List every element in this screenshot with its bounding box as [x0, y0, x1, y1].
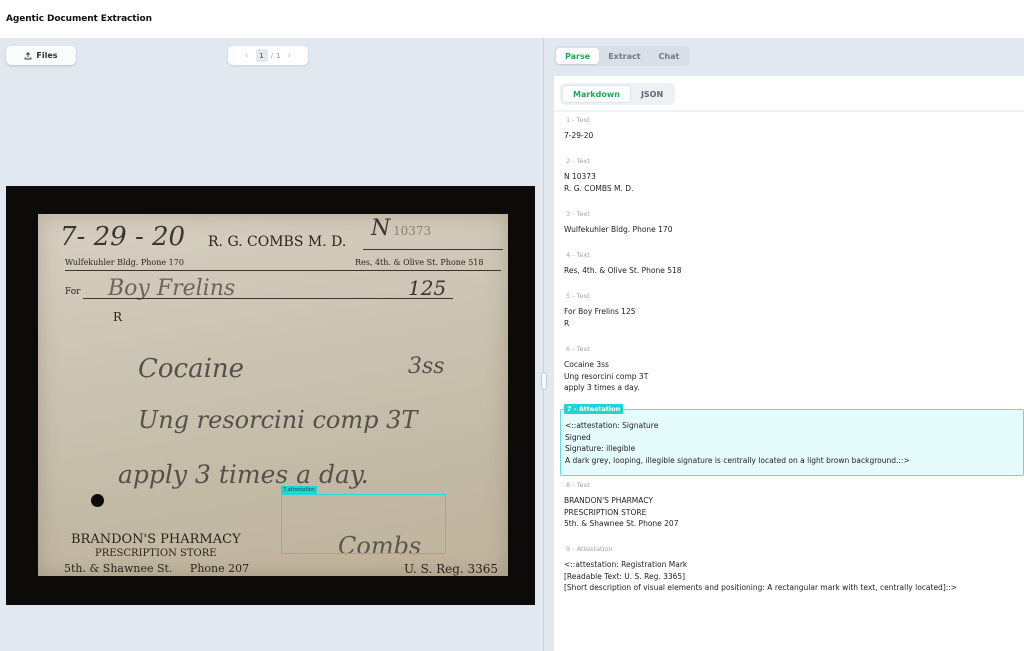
- chunk-body: For Boy Frelins 125 R: [564, 302, 1024, 329]
- doc-for-label: For: [65, 287, 80, 297]
- results-panel: Markdown JSON 1 - Text 7-29-20 2 - Text …: [554, 76, 1024, 651]
- doc-number-hand: N: [371, 216, 390, 241]
- doc-store: PRESCRIPTION STORE: [95, 548, 217, 559]
- chunk-body: N 10373 R. G. COMBS M. D.: [564, 167, 1024, 194]
- page-navigator: ‹ 1 / 1 ›: [228, 46, 308, 65]
- tab-json[interactable]: JSON: [631, 85, 673, 103]
- chunk-6[interactable]: 6 - Text Cocaine 3ss Ung resorcini comp …: [554, 343, 1024, 409]
- doc-line3: apply 3 times a day.: [118, 460, 369, 489]
- format-tabs: Markdown JSON: [560, 83, 675, 105]
- doc-rx: R: [113, 310, 122, 324]
- chunk-label: 9 - Attestation: [564, 543, 1024, 555]
- attestation-bounding-box[interactable]: [281, 494, 446, 554]
- doc-patient-num: 125: [408, 276, 446, 300]
- chunk-label: 1 - Text: [564, 114, 1024, 126]
- chunk-body: 7-29-20: [564, 126, 1024, 142]
- resize-handle[interactable]: [541, 372, 547, 390]
- results-toolbar: Parse Extract Chat: [554, 38, 1024, 76]
- chunk-body: <::attestation: Registration Mark [Reada…: [564, 555, 1024, 594]
- chunk-label: 4 - Text: [564, 249, 1024, 261]
- doc-line1: Cocaine: [138, 354, 244, 384]
- chunk-2[interactable]: 2 - Text N 10373 R. G. COMBS M. D.: [554, 155, 1024, 208]
- current-page-input[interactable]: 1: [256, 49, 268, 62]
- mode-tabs: Parse Extract Chat: [554, 46, 690, 66]
- chunk-5[interactable]: 5 - Text For Boy Frelins 125 R: [554, 290, 1024, 343]
- prev-page-icon[interactable]: ‹: [241, 51, 253, 61]
- chunk-label: 8 - Text: [564, 479, 1024, 491]
- upload-icon: [24, 52, 32, 60]
- parsed-chunks-list: 1 - Text 7-29-20 2 - Text N 10373 R. G. …: [554, 114, 1024, 594]
- chunk-body: <::attestation: Signature Signed Signatu…: [565, 410, 1023, 477]
- doc-address: 5th. & Shawnee St. Phone 207: [64, 562, 249, 575]
- chunk-label: 5 - Text: [564, 290, 1024, 302]
- chunk-1[interactable]: 1 - Text 7-29-20: [554, 114, 1024, 155]
- doc-date: 7- 29 - 20: [60, 222, 185, 252]
- doc-line2: Ung resorcini comp 3T: [138, 406, 417, 434]
- tab-markdown[interactable]: Markdown: [562, 85, 631, 103]
- chunk-label: 3 - Text: [564, 208, 1024, 220]
- files-button[interactable]: Files: [6, 46, 76, 65]
- document-viewer-pane: Files ‹ 1 / 1 › 7- 29 - 20 R. G. COMBS M…: [0, 38, 543, 651]
- divider: [554, 110, 1024, 112]
- chunk-7-highlighted[interactable]: 7 - Attestation <::attestation: Signatur…: [560, 409, 1024, 476]
- document-image: 7- 29 - 20 R. G. COMBS M. D. N 10373 Wul…: [6, 186, 535, 605]
- files-button-label: Files: [36, 51, 57, 60]
- doc-residence: Res, 4th. & Olive St. Phone 518: [355, 258, 483, 267]
- chunk-label: 2 - Text: [564, 155, 1024, 167]
- chunk-3[interactable]: 3 - Text Wulfekuhler Bldg. Phone 170: [554, 208, 1024, 249]
- chunk-8[interactable]: 8 - Text BRANDON'S PHARMACY PRESCRIPTION…: [554, 476, 1024, 543]
- doc-line1b: 3ss: [408, 354, 445, 379]
- doc-office: Wulfekuhler Bldg. Phone 170: [65, 258, 184, 267]
- tab-extract[interactable]: Extract: [599, 48, 649, 64]
- doc-number-print: 10373: [393, 224, 431, 238]
- tab-chat[interactable]: Chat: [650, 48, 689, 64]
- attestation-box-label: 7.attestation: [281, 486, 317, 494]
- chunk-body: Cocaine 3ss Ung resorcini comp 3T apply …: [564, 355, 1024, 394]
- app-title: Agentic Document Extraction: [6, 14, 152, 24]
- punch-hole: [91, 494, 104, 507]
- app-header: Agentic Document Extraction: [0, 0, 1024, 38]
- chunk-label: 7 - Attestation: [564, 404, 623, 414]
- chunk-body: Res, 4th. & Olive St. Phone 518: [564, 261, 1024, 277]
- doc-doctor: R. G. COMBS M. D.: [208, 234, 346, 250]
- chunk-body: BRANDON'S PHARMACY PRESCRIPTION STORE 5t…: [564, 491, 1024, 530]
- chunk-label: 6 - Text: [564, 343, 1024, 355]
- chunk-4[interactable]: 4 - Text Res, 4th. & Olive St. Phone 518: [554, 249, 1024, 290]
- doc-pharmacy: BRANDON'S PHARMACY: [71, 532, 241, 547]
- total-pages: 1: [276, 52, 280, 60]
- tab-parse[interactable]: Parse: [556, 48, 599, 64]
- pane-divider: [543, 38, 554, 651]
- chunk-body: Wulfekuhler Bldg. Phone 170: [564, 220, 1024, 236]
- app-root: Agentic Document Extraction Files ‹ 1 / …: [0, 0, 1024, 651]
- doc-reg: U. S. Reg. 3365: [404, 562, 498, 576]
- chunk-9[interactable]: 9 - Attestation <::attestation: Registra…: [554, 543, 1024, 594]
- page-separator: /: [271, 52, 273, 60]
- next-page-icon[interactable]: ›: [283, 51, 295, 61]
